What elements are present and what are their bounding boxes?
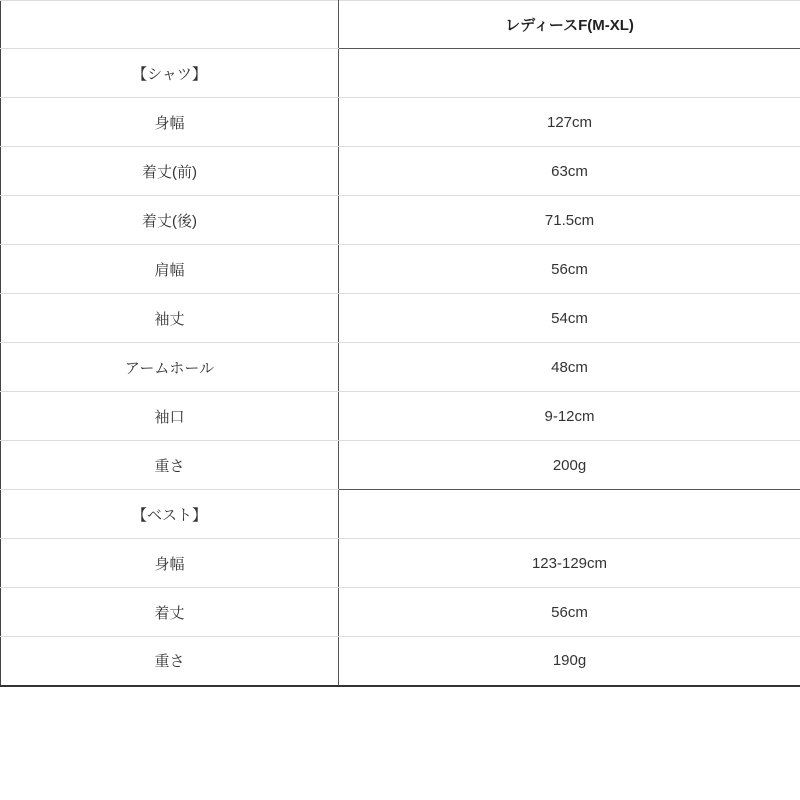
measure-label-cell: 袖口 [1,392,339,441]
measure-value-cell: 123-129cm [339,539,800,588]
table-row: 着丈56cm [1,588,800,637]
table-row: 身幅127cm [1,98,800,147]
measure-value-cell: 48cm [339,343,800,392]
size-column-header: レディースF(M-XL) [339,1,800,49]
measure-value-cell: 54cm [339,294,800,343]
measure-label-cell: 袖丈 [1,294,339,343]
section-label-cell: 【シャツ】 [1,49,339,98]
measure-label-cell: アームホール [1,343,339,392]
measure-value-cell: 127cm [339,98,800,147]
table-row: 着丈(後)71.5cm [1,196,800,245]
size-table-head: レディースF(M-XL) [1,1,800,49]
section-label-cell: 【ベスト】 [1,490,339,539]
size-spec-table: レディースF(M-XL) 【シャツ】身幅127cm着丈(前)63cm着丈(後)7… [0,0,800,687]
table-row: 肩幅56cm [1,245,800,294]
section-row: 【シャツ】 [1,49,800,98]
measure-value-cell: 190g [339,637,800,686]
measure-label-cell: 身幅 [1,98,339,147]
table-row: 着丈(前)63cm [1,147,800,196]
section-row: 【ベスト】 [1,490,800,539]
measure-value-cell: 56cm [339,245,800,294]
measure-value-cell: 63cm [339,147,800,196]
measure-label-cell: 肩幅 [1,245,339,294]
corner-cell [1,1,339,49]
header-row: レディースF(M-XL) [1,1,800,49]
section-empty-cell [339,49,800,98]
measure-label-cell: 重さ [1,441,339,490]
table-row: 袖口9-12cm [1,392,800,441]
measure-label-cell: 着丈(前) [1,147,339,196]
measure-value-cell: 200g [339,441,800,490]
table-row: 重さ190g [1,637,800,686]
table-row: アームホール48cm [1,343,800,392]
measure-label-cell: 重さ [1,637,339,686]
table-row: 身幅123-129cm [1,539,800,588]
size-table-body: 【シャツ】身幅127cm着丈(前)63cm着丈(後)71.5cm肩幅56cm袖丈… [1,49,800,686]
measure-label-cell: 身幅 [1,539,339,588]
measure-value-cell: 56cm [339,588,800,637]
section-empty-cell [339,490,800,539]
table-row: 重さ200g [1,441,800,490]
table-row: 袖丈54cm [1,294,800,343]
measure-value-cell: 9-12cm [339,392,800,441]
measure-label-cell: 着丈(後) [1,196,339,245]
measure-value-cell: 71.5cm [339,196,800,245]
measure-label-cell: 着丈 [1,588,339,637]
